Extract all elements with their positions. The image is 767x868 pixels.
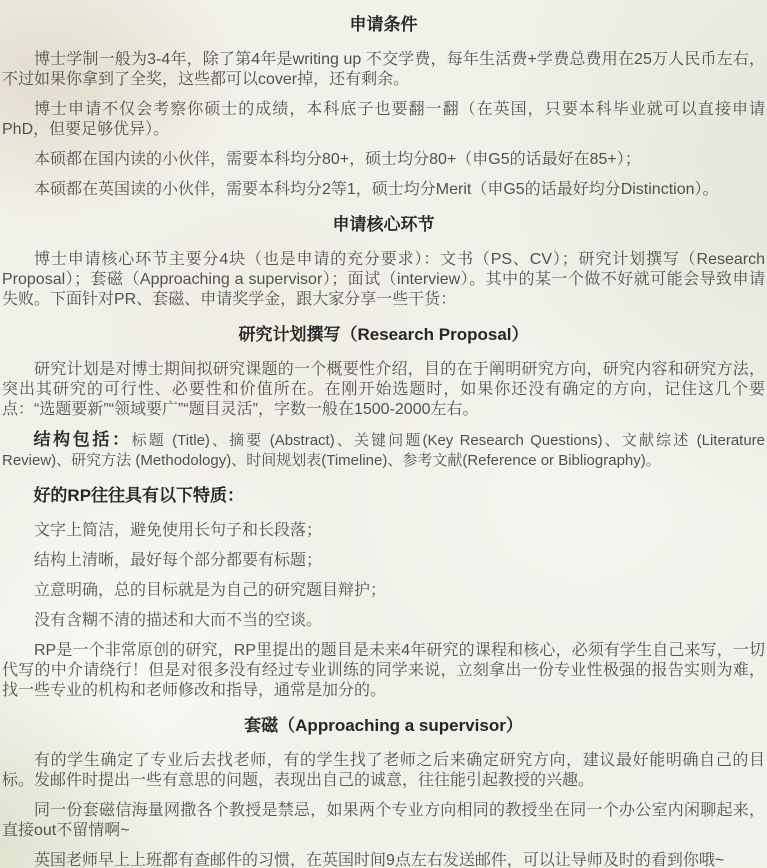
section-title-application-requirements: 申请条件	[2, 13, 765, 37]
paragraph-quality-clear-purpose: 立意明确，总的目标就是为自己的研究题目辩护；	[2, 581, 765, 601]
paragraph-contact-supervisor: 有的学生确定了专业后去找老师，有的学生找了老师之后来确定研究方向，建议最好能明确…	[2, 751, 765, 791]
paragraph-grades-check: 博士申请不仅会考察你硕士的成绩，本科底子也要翻一翻（在英国，只要本科毕业就可以直…	[2, 100, 765, 140]
paragraph-core-steps-overview: 博士申请核心环节主要分4块（也是申请的充分要求）：文书（PS、CV）；研究计划撰…	[2, 250, 765, 310]
section-title-research-proposal: 研究计划撰写（Research Proposal）	[2, 323, 765, 347]
paragraph-duration-fees: 博士学制一般为3-4年，除了第4年是writing up 不交学费，每年生活费+…	[2, 50, 765, 90]
paragraph-rp-structure: 结构包括：标题 (Title)、摘要 (Abstract)、关键问题(Key R…	[2, 430, 765, 471]
paragraph-rp-originality: RP是一个非常原创的研究，RP里提出的题目是未来4年研究的课程和核心，必须有学生…	[2, 641, 765, 701]
rp-structure-lead-label: 结构包括：	[34, 430, 132, 449]
paragraph-mass-email-taboo: 同一份套磁信海量网撒各个教授是禁忌，如果两个专业方向相同的教授坐在同一个办公室内…	[2, 801, 765, 841]
subheading-good-rp-qualities: 好的RP往往具有以下特质：	[2, 484, 765, 508]
paragraph-domestic-grades: 本硕都在国内读的小伙伴，需要本科均分80+，硕士均分80+（申G5的话最好在85…	[2, 150, 765, 170]
article-body: 申请条件 博士学制一般为3-4年，除了第4年是writing up 不交学费，每…	[0, 13, 767, 868]
paragraph-quality-no-vagueness: 没有含糊不清的描述和大而不当的空谈。	[2, 611, 765, 631]
paragraph-quality-concise: 文字上简洁，避免使用长句子和长段落；	[2, 521, 765, 541]
section-title-approaching-supervisor: 套磁（Approaching a supervisor）	[2, 714, 765, 738]
section-title-core-steps: 申请核心环节	[2, 213, 765, 237]
paragraph-rp-intro: 研究计划是对博士期间拟研究课题的一个概要性介绍，目的在于阐明研究方向，研究内容和…	[2, 360, 765, 420]
paragraph-email-timing: 英国老师早上上班都有查邮件的习惯，在英国时间9点左右发送邮件，可以让导师及时的看…	[2, 851, 765, 868]
paragraph-quality-clear-structure: 结构上清晰，最好每个部分都要有标题；	[2, 551, 765, 571]
paragraph-uk-grades: 本硕都在英国读的小伙伴，需要本科均分2等1，硕士均分Merit（申G5的话最好均…	[2, 180, 765, 200]
